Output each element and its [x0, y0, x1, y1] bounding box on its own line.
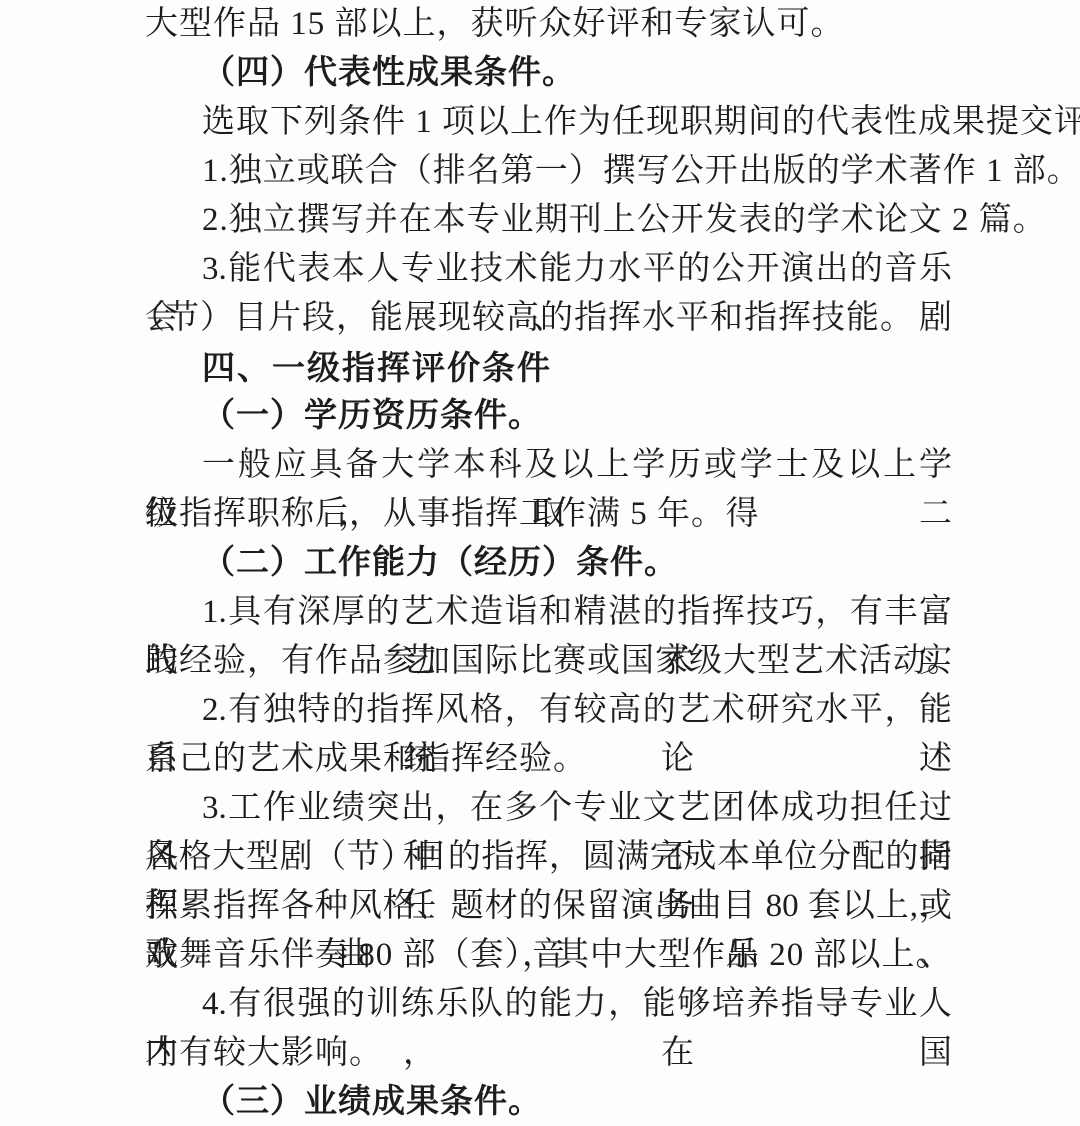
text-line: 3.工作业绩突出，在多个专业文艺团体成功担任过各种不同 [145, 784, 952, 833]
text-line: （二）工作能力（经历）条件。 [145, 539, 952, 588]
text-line: （四）代表性成果条件。 [145, 49, 952, 98]
text-line: 风格大型剧（节）目的指挥，圆满完成本单位分配的指挥任务， [145, 833, 952, 882]
text-line: 四、一级指挥评价条件 [145, 343, 952, 392]
text-line: 一般应具备大学本科及以上学历或学士及以上学位，取得二 [145, 441, 952, 490]
text-line: 大型作品 15 部以上，获听众好评和专家认可。 [145, 0, 952, 49]
text-line: 2.独立撰写并在本专业期刊上公开发表的学术论文 2 篇。 [145, 196, 952, 245]
text-line: 4.有很强的训练乐队的能力，能够培养指导专业人才，在国 [145, 980, 952, 1029]
text-line: （三）业绩成果条件。 [145, 1078, 952, 1126]
document-page: 大型作品 15 部以上，获听众好评和专家认可。（四）代表性成果条件。选取下列条件… [0, 0, 1080, 1126]
text-line: （节）目片段，能展现较高的指挥水平和指挥技能。 [132, 294, 952, 343]
text-line: 1.具有深厚的艺术造诣和精湛的指挥技巧，有丰富的艺术实 [145, 588, 952, 637]
text-line: （一）学历资历条件。 [145, 392, 952, 441]
text-line: 积累指挥各种风格、题材的保留演出曲目 80 套以上,或戏曲音乐、 [145, 882, 952, 931]
text-line: 歌舞音乐伴奏 80 部（套），其中大型作品 20 部以上。 [145, 931, 952, 980]
text-line: 践经验，有作品参加国际比赛或国家级大型艺术活动。 [145, 637, 952, 686]
text-line: 2.有独特的指挥风格，有较高的艺术研究水平，能系统论述 [145, 686, 952, 735]
text-line: 1.独立或联合（排名第一）撰写公开出版的学术著作 1 部。 [145, 147, 952, 196]
text-line: 选取下列条件 1 项以上作为任现职期间的代表性成果提交评审: [145, 98, 952, 147]
document-text-body: 大型作品 15 部以上，获听众好评和专家认可。（四）代表性成果条件。选取下列条件… [0, 0, 1080, 1126]
text-line: 3.能代表本人专业技术能力水平的公开演出的音乐会、剧 [145, 245, 952, 294]
